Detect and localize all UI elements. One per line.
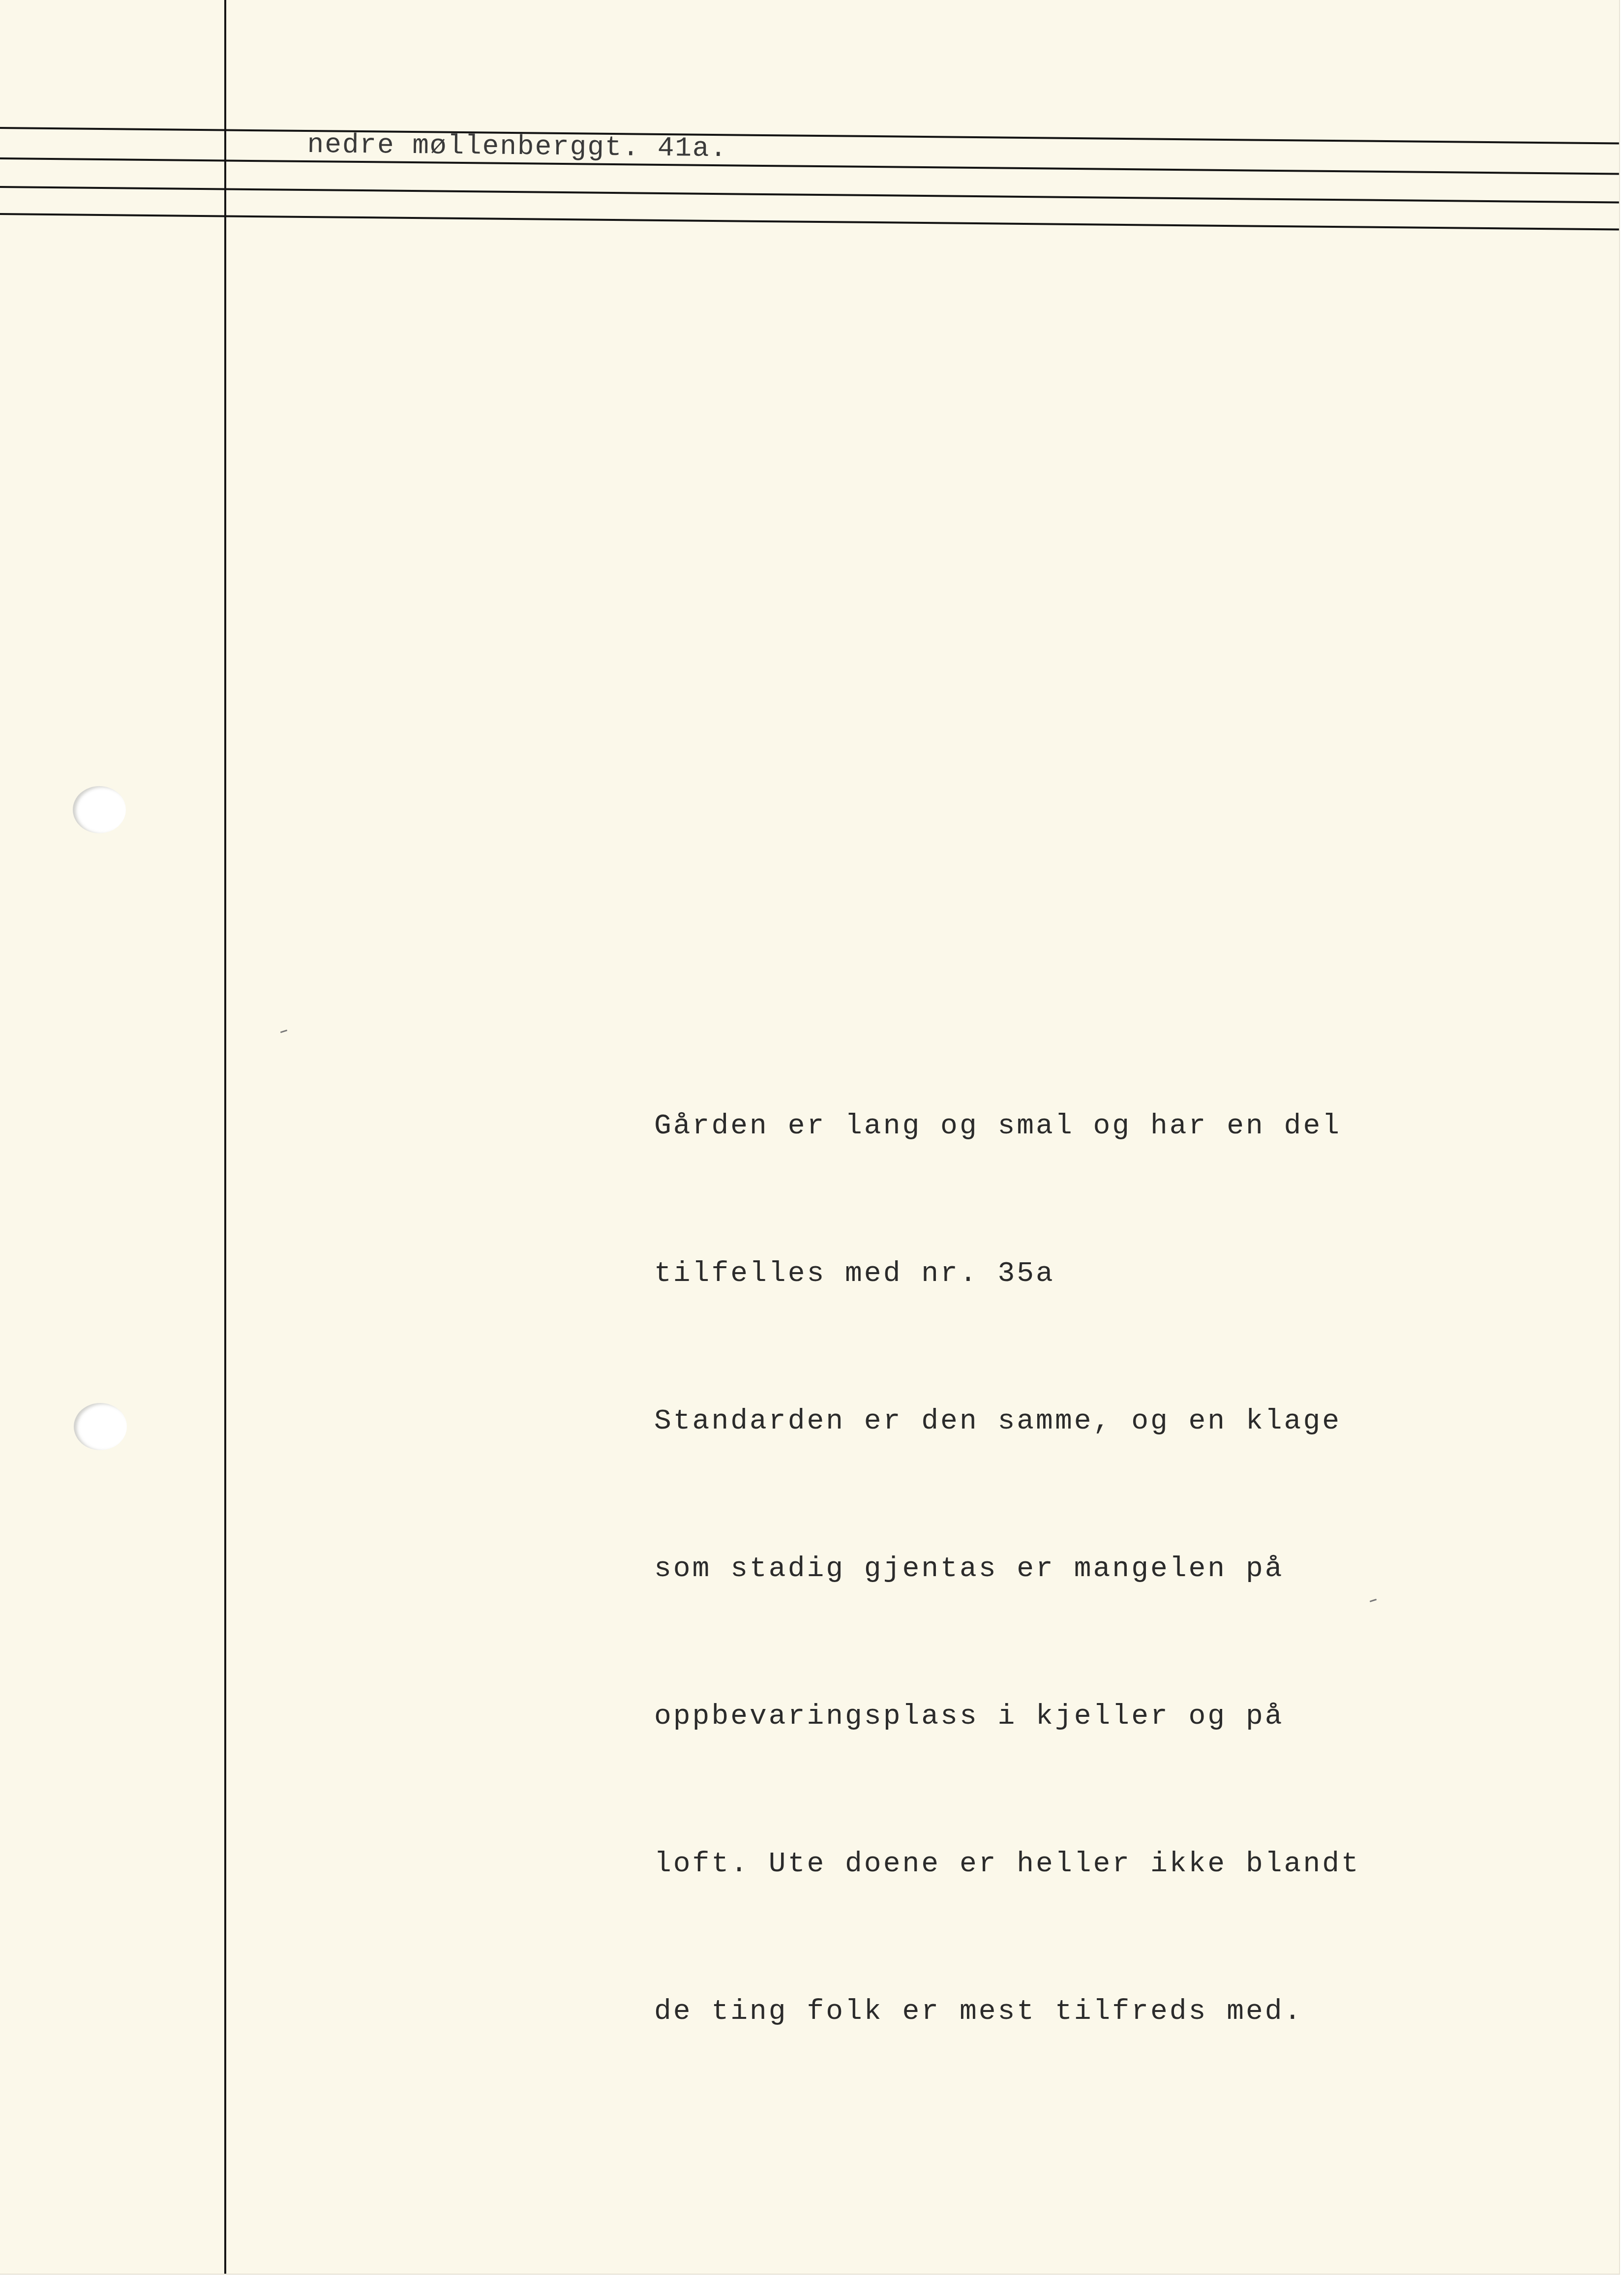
- body-line: som stadig gjentas er mangelen på: [654, 1545, 1360, 1594]
- left-margin-line: [224, 0, 226, 2274]
- header-rule-4: [0, 213, 1619, 231]
- punch-hole-icon: [74, 1403, 127, 1450]
- typed-body-text: Gården er lang og smal og har en del til…: [654, 1004, 1360, 2135]
- body-line: Standarden er den samme, og en klage: [654, 1397, 1360, 1446]
- punch-hole-icon: [73, 786, 126, 833]
- address-header: nedre møllenberggt. 41a.: [307, 129, 727, 164]
- header-rule-1: [0, 127, 1619, 145]
- body-line: oppbevaringsplass i kjeller og på: [654, 1692, 1360, 1741]
- document-page: nedre møllenberggt. 41a. Gården er lang …: [0, 0, 1620, 2275]
- body-line: tilfelles med nr. 35a: [654, 1249, 1360, 1299]
- paper-speck: [1370, 1599, 1377, 1602]
- header-rule-2: [0, 157, 1619, 175]
- body-line: de ting folk er mest tilfreds med.: [654, 1987, 1360, 2037]
- paper-speck: [280, 1030, 287, 1033]
- header-rule-3: [0, 186, 1619, 204]
- body-line: loft. Ute doene er heller ikke blandt: [654, 1840, 1360, 1889]
- body-line: Gården er lang og smal og har en del: [654, 1102, 1360, 1151]
